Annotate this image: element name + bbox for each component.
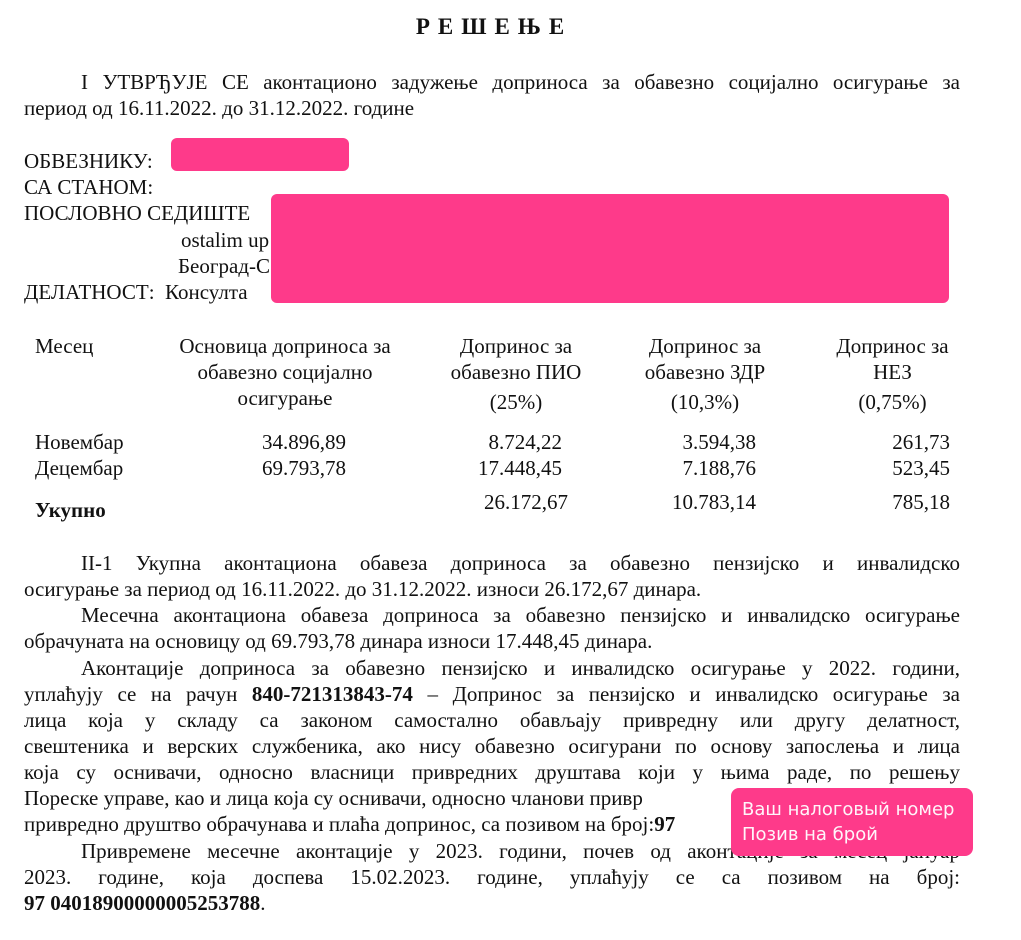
reference-number: 97 04018900000005253788 xyxy=(24,891,260,915)
row-pio: 17.448,45 xyxy=(420,455,562,481)
redacted-taxpayer-name xyxy=(171,138,349,171)
reference-number-partial: 97 xyxy=(654,812,675,836)
account-number: 840-721313843-74 xyxy=(252,682,413,706)
row-nez: 523,45 xyxy=(820,455,950,481)
delatnost-row: ДЕЛАТНОСТ: Консулта xyxy=(24,279,248,305)
table-header-pio: Допринос за обавезно ПИО (25%) xyxy=(430,333,602,415)
section-2-paragraph-1: II-1 Укупна аконтациона обавеза допринос… xyxy=(24,550,960,602)
delatnost-value: Консулта xyxy=(165,280,248,304)
table-header-month: Месец xyxy=(35,333,93,359)
sediste-line-2: ostalim up xyxy=(181,227,269,253)
table-header-base: Основица доприноса за обавезно социјално… xyxy=(160,333,410,411)
document-title: РЕШЕЊЕ xyxy=(0,14,988,40)
total-pio: 26.172,67 xyxy=(420,489,568,515)
sediste-label: ПОСЛОВНО СЕДИШТЕ xyxy=(24,200,250,226)
row-zdr: 7.188,76 xyxy=(620,455,756,481)
stan-label: СА СТАНОМ: xyxy=(24,174,153,200)
annotation-callout: Ваш налоговый номер Позив на брой xyxy=(731,788,973,856)
row-zdr: 3.594,38 xyxy=(620,429,756,455)
section-1-paragraph: I УТВРЂУЈЕ СЕ аконтационо задужење допри… xyxy=(24,69,960,121)
row-base: 34.896,89 xyxy=(200,429,346,455)
section-1-line-1: I УТВРЂУЈЕ СЕ аконтационо задужење допри… xyxy=(24,69,960,95)
row-month: Новембар xyxy=(35,429,124,455)
row-pio: 8.724,22 xyxy=(420,429,562,455)
callout-line-1: Ваш налоговый номер xyxy=(742,797,973,822)
section-1-line-2: период од 16.11.2022. до 31.12.2022. год… xyxy=(24,95,960,121)
row-nez: 261,73 xyxy=(820,429,950,455)
table-header-nez: Допринос за НЕЗ (0,75%) xyxy=(810,333,975,415)
total-nez: 785,18 xyxy=(820,489,950,515)
callout-line-2: Позив на брой xyxy=(742,822,973,847)
total-label: Укупно xyxy=(35,497,106,523)
total-zdr: 10.783,14 xyxy=(620,489,756,515)
sediste-line-3: Београд-С xyxy=(178,253,270,279)
delatnost-label: ДЕЛАТНОСТ: xyxy=(24,280,155,304)
obveznik-label: ОБВЕЗНИКУ: xyxy=(24,148,153,174)
section-2-paragraph-2: Месечна аконтациона обавеза доприноса за… xyxy=(24,602,960,654)
row-base: 69.793,78 xyxy=(200,455,346,481)
table-header-zdr: Допринос за обавезно ЗДР (10,3%) xyxy=(620,333,790,415)
row-month: Децембар xyxy=(35,455,123,481)
redacted-address-block xyxy=(271,194,949,303)
